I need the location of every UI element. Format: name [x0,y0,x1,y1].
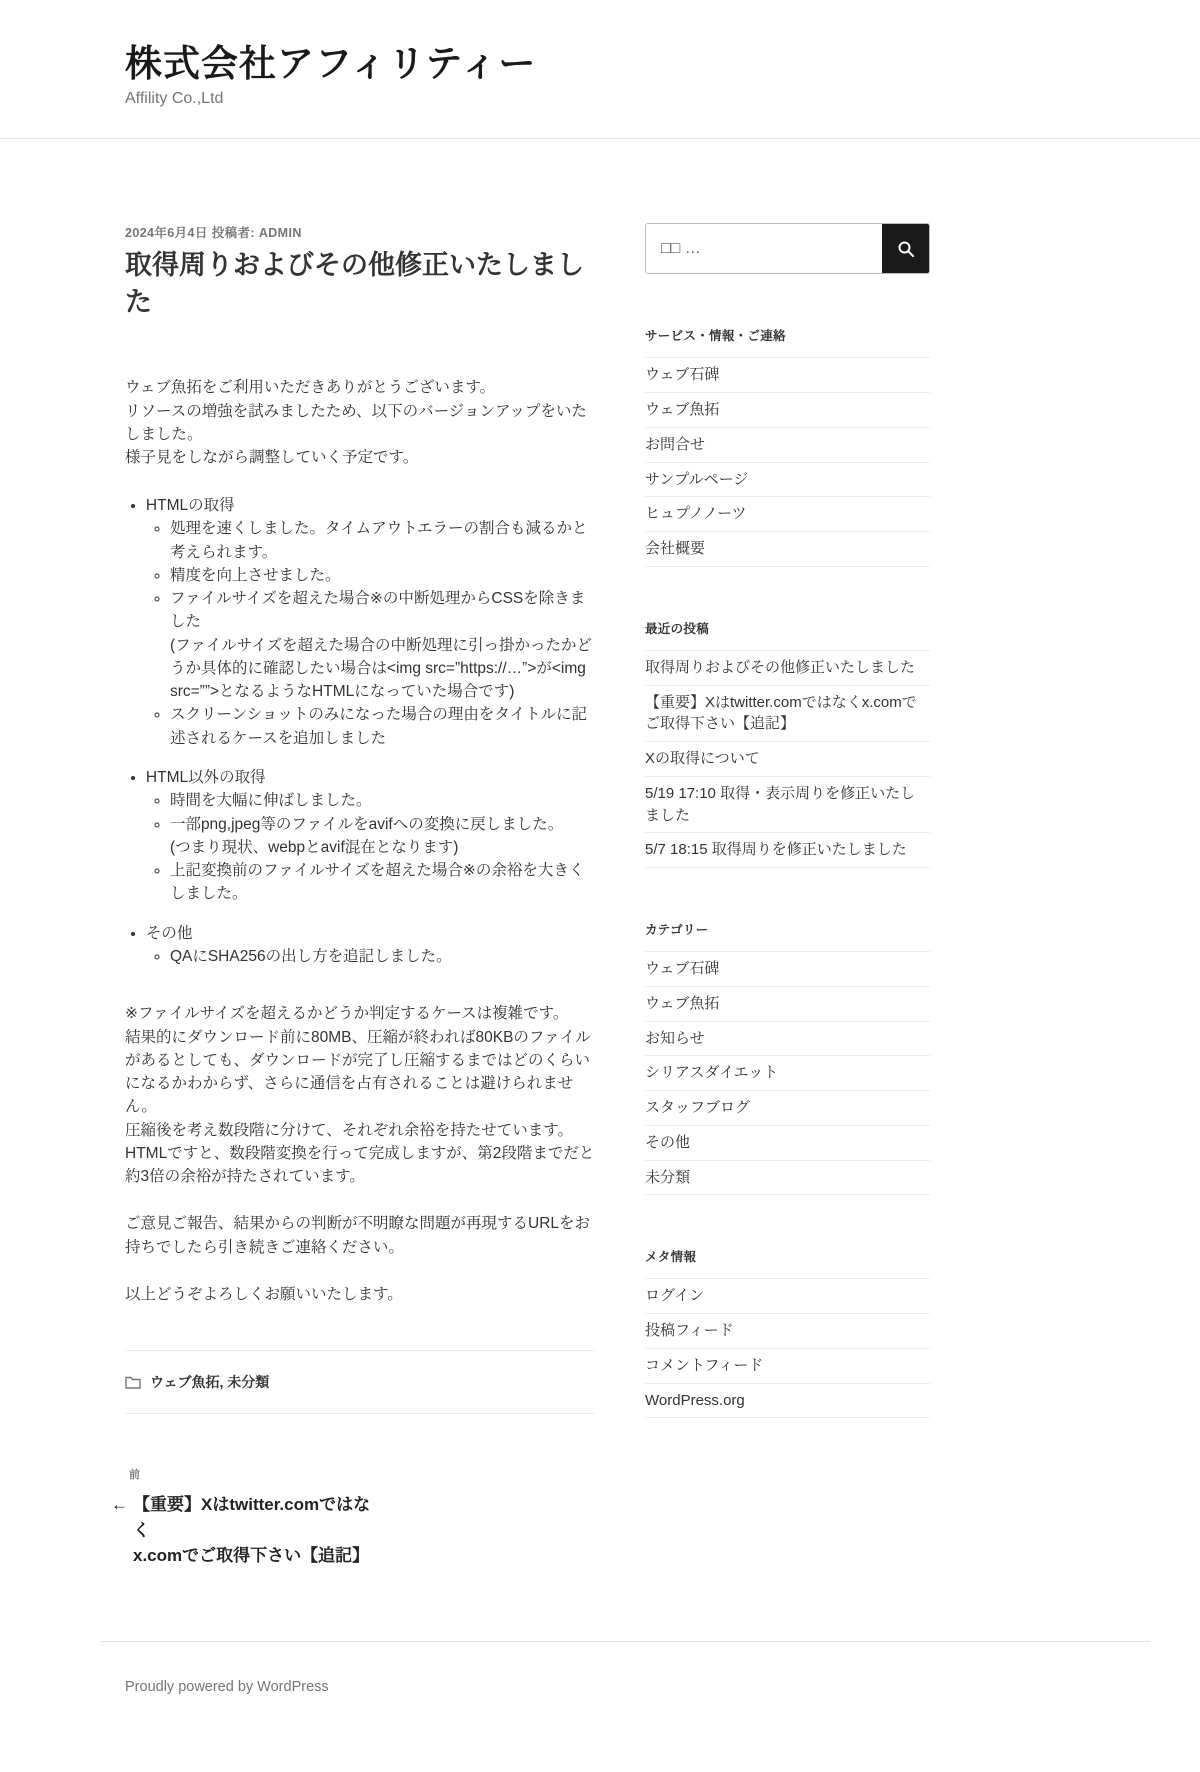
post-date[interactable]: 2024年6月4日 [125,226,208,240]
widget-list: ウェブ石碑 ウェブ魚拓 お問合せ サンプルページ ヒュプノノーツ 会社概要 [645,357,930,567]
group-title: HTML以外の取得 [146,769,266,786]
sidebar-link[interactable]: ヒュプノノーツ [645,505,747,522]
widget-title: カテゴリー [645,920,930,938]
list-item: ウェブ魚拓 [645,986,930,1021]
sidebar-link[interactable]: 会社概要 [645,540,705,557]
widget-list: ログイン 投稿フィード コメントフィード WordPress.org [645,1278,930,1418]
list-item: 精度を向上させました。 [170,564,595,587]
list-item: QAにSHA256の出し方を追記しました。 [170,945,595,968]
changelog-sublist: 時間を大幅に伸ばしました。 一部png,jpeg等のファイルをavifへの変換に… [146,789,595,905]
list-item: 時間を大幅に伸ばしました。 [170,789,595,812]
list-item: お問合せ [645,427,930,462]
category-widget-link[interactable]: シリアスダイエット [645,1064,778,1081]
note-line: 結果的にダウンロード前に80MB、圧縮が終われば80KBのファイルがあるとしても… [125,1026,595,1119]
meta-link[interactable]: ログイン [645,1287,704,1304]
sidebar: サービス・情報・ご連絡 ウェブ石碑 ウェブ魚拓 お問合せ サンプルページ ヒュプ… [645,223,930,1568]
category-widget-link[interactable]: ウェブ石碑 [645,960,719,977]
category-links: ウェブ魚拓, 未分類 [125,1350,595,1414]
category-widget-link[interactable]: ウェブ魚拓 [645,995,719,1012]
list-item: 5/7 18:15 取得周りを修正いたしました [645,832,930,868]
meta-link[interactable]: WordPress.org [645,1392,745,1409]
widget-title: サービス・情報・ご連絡 [645,326,930,344]
list-item: WordPress.org [645,1383,930,1419]
sidebar-link[interactable]: ウェブ魚拓 [645,401,719,418]
category-widget-link[interactable]: スタッフブログ [645,1099,750,1116]
post-navigation: 前 ← 【重要】Xはtwitter.comではなく x.comでご取得下さい【追… [125,1466,595,1569]
list-item: 一部png,jpeg等のファイルをavifへの変換に戻しました。 (つまり現状、… [170,813,595,860]
list-item: コメントフィード [645,1348,930,1383]
note-line: ※ファイルサイズを超えるかどうか判定するケースは複雑です。 [125,1002,595,1025]
changelog-group-html: HTMLの取得 処理を速くしました。タイムアウトエラーの割合も減るかと考えられま… [146,494,595,750]
post-meta: 2024年6月4日 投稿者: ADMIN [125,223,595,241]
category-link[interactable]: ウェブ魚拓 [150,1374,219,1390]
category-widget-link[interactable]: お知らせ [645,1030,705,1047]
widget-recent-posts: 最近の投稿 取得周りおよびその他修正いたしました 【重要】Xはtwitter.c… [645,619,930,868]
group-title: その他 [146,925,193,942]
list-item: 上記変換前のファイルサイズを超えた場合※の余裕を大きくしました。 [170,859,595,906]
recent-post-link[interactable]: 5/7 18:15 取得周りを修正いたしました [645,841,907,858]
recent-post-link[interactable]: Xの取得について [645,750,760,767]
list-item: 会社概要 [645,531,930,567]
list-item: シリアスダイエット [645,1055,930,1090]
prev-post-label: 前 [129,1466,595,1482]
post-byline-label: 投稿者: [212,226,255,240]
post-content: ウェブ魚拓をご利用いただきありがとうございます。 リソースの増強を試みましたため… [125,376,595,1306]
list-item-line: (つまり現状、webpとavif混在となります) [170,836,595,859]
widget-title: 最近の投稿 [645,619,930,637]
recent-post-link[interactable]: 5/19 17:10 取得・表示周りを修正いたしました [645,785,915,824]
list-item: スクリーンショットのみになった場合の理由をタイトルに記述されるケースを追加しまし… [170,703,595,750]
sidebar-link[interactable]: お問合せ [645,436,705,453]
list-item: その他 [645,1125,930,1160]
changelog-group-other: その他 QAにSHA256の出し方を追記しました。 [146,922,595,969]
list-item: 【重要】Xはtwitter.comではなくx.comでご取得下さい【追記】 [645,685,930,742]
intro-line: ウェブ魚拓をご利用いただきありがとうございます。 [125,376,595,399]
list-item: 処理を速くしました。タイムアウトエラーの割合も減るかと考えられます。 [170,517,595,564]
list-item: ヒュプノノーツ [645,496,930,531]
category-link[interactable]: 未分類 [227,1374,269,1390]
widget-meta: メタ情報 ログイン 投稿フィード コメントフィード WordPress.org [645,1247,930,1418]
note-paragraph: ※ファイルサイズを超えるかどうか判定するケースは複雑です。 結果的にダウンロード… [125,1002,595,1188]
list-item: お知らせ [645,1021,930,1056]
intro-line: 様子見をしながら調整していく予定です。 [125,446,595,469]
recent-post-link[interactable]: 取得周りおよびその他修正いたしました [645,659,915,676]
changelog-list: HTMLの取得 処理を速くしました。タイムアウトエラーの割合も減るかと考えられま… [125,494,595,968]
sidebar-link[interactable]: ウェブ石碑 [645,366,719,383]
list-item-line: ファイルサイズを超えた場合※の中断処理からCSSを除きました [170,587,595,634]
list-item: ウェブ魚拓 [645,392,930,427]
search-input[interactable] [646,224,882,273]
post-author-link[interactable]: ADMIN [259,226,302,240]
prev-post-title-line: x.comでご取得下さい【追記】 [133,1543,383,1569]
left-arrow-icon: ← [111,1492,128,1518]
search-icon [896,239,916,259]
sidebar-link[interactable]: サンプルページ [645,471,748,488]
widget-title: メタ情報 [645,1247,930,1265]
changelog-sublist: 処理を速くしました。タイムアウトエラーの割合も減るかと考えられます。 精度を向上… [146,517,595,750]
meta-link[interactable]: 投稿フィード [645,1322,734,1339]
list-item: ウェブ石碑 [645,951,930,986]
intro-line: リソースの増強を試みましたため、以下のバージョンアップをいたしました。 [125,400,595,447]
post-article: 2024年6月4日 投稿者: ADMIN 取得周りおよびその他修正いたしました … [125,223,595,1568]
closing-paragraph: 以上どうぞよろしくお願いいたします。 [125,1283,595,1306]
list-item: 投稿フィード [645,1313,930,1348]
list-item: Xの取得について [645,741,930,776]
site-title[interactable]: 株式会社アフィリティー [125,42,1200,86]
list-item: スタッフブログ [645,1090,930,1125]
widget-services: サービス・情報・ご連絡 ウェブ石碑 ウェブ魚拓 お問合せ サンプルページ ヒュプ… [645,326,930,567]
category-widget-link[interactable]: その他 [645,1134,690,1151]
widget-list: ウェブ石碑 ウェブ魚拓 お知らせ シリアスダイエット スタッフブログ その他 未… [645,951,930,1195]
list-item: サンプルページ [645,462,930,497]
intro-paragraph: ウェブ魚拓をご利用いただきありがとうございます。 リソースの増強を試みましたため… [125,376,595,469]
group-title: HTMLの取得 [146,497,235,514]
closing-paragraph: ご意見ご報告、結果からの判断が不明瞭な問題が再現するURLをお持ちでしたら引き続… [125,1212,595,1259]
site-tagline: Affility Co.,Ltd [125,90,1200,108]
wordpress-credit-link[interactable]: Proudly powered by WordPress [125,1679,329,1695]
list-item: ログイン [645,1278,930,1313]
note-line: 圧縮後を考え数段階に分けて、それぞれ余裕を持たせています。HTMLですと、数段階… [125,1119,595,1189]
widget-list: 取得周りおよびその他修正いたしました 【重要】Xはtwitter.comではなく… [645,650,930,868]
search-form [645,223,930,274]
prev-post-link[interactable]: ← 【重要】Xはtwitter.comではなく x.comでご取得下さい【追記】 [133,1492,383,1569]
search-button[interactable] [882,224,929,273]
recent-post-link[interactable]: 【重要】Xはtwitter.comではなくx.comでご取得下さい【追記】 [645,694,917,733]
widget-categories: カテゴリー ウェブ石碑 ウェブ魚拓 お知らせ シリアスダイエット スタッフブログ… [645,920,930,1195]
category-widget-link[interactable]: 未分類 [645,1169,690,1186]
changelog-sublist: QAにSHA256の出し方を追記しました。 [146,945,595,968]
category-link-text: ウェブ魚拓, 未分類 [150,1372,269,1392]
prev-post-title-line: 【重要】Xはtwitter.comではなく [133,1492,383,1543]
folder-icon [125,1375,141,1389]
meta-link[interactable]: コメントフィード [645,1357,763,1374]
list-item-line: 一部png,jpeg等のファイルをavifへの変換に戻しました。 [170,813,595,836]
list-item: ウェブ石碑 [645,357,930,392]
list-item: 5/19 17:10 取得・表示周りを修正いたしました [645,776,930,833]
list-item-line: (ファイルサイズを超えた場合の中断処理に引っ掛かったかどうか具体的に確認したい場… [170,634,595,704]
post-title: 取得周りおよびその他修正いたしました [125,247,595,320]
site-footer: Proudly powered by WordPress [0,1641,1200,1756]
list-item: 取得周りおよびその他修正いたしました [645,650,930,685]
page-wrap: 2024年6月4日 投稿者: ADMIN 取得周りおよびその他修正いたしました … [125,139,930,1568]
list-item: 未分類 [645,1160,930,1196]
list-item: ファイルサイズを超えた場合※の中断処理からCSSを除きました (ファイルサイズを… [170,587,595,703]
site-header: 株式会社アフィリティー Affility Co.,Ltd [0,0,1200,139]
changelog-group-non-html: HTML以外の取得 時間を大幅に伸ばしました。 一部png,jpeg等のファイル… [146,766,595,906]
